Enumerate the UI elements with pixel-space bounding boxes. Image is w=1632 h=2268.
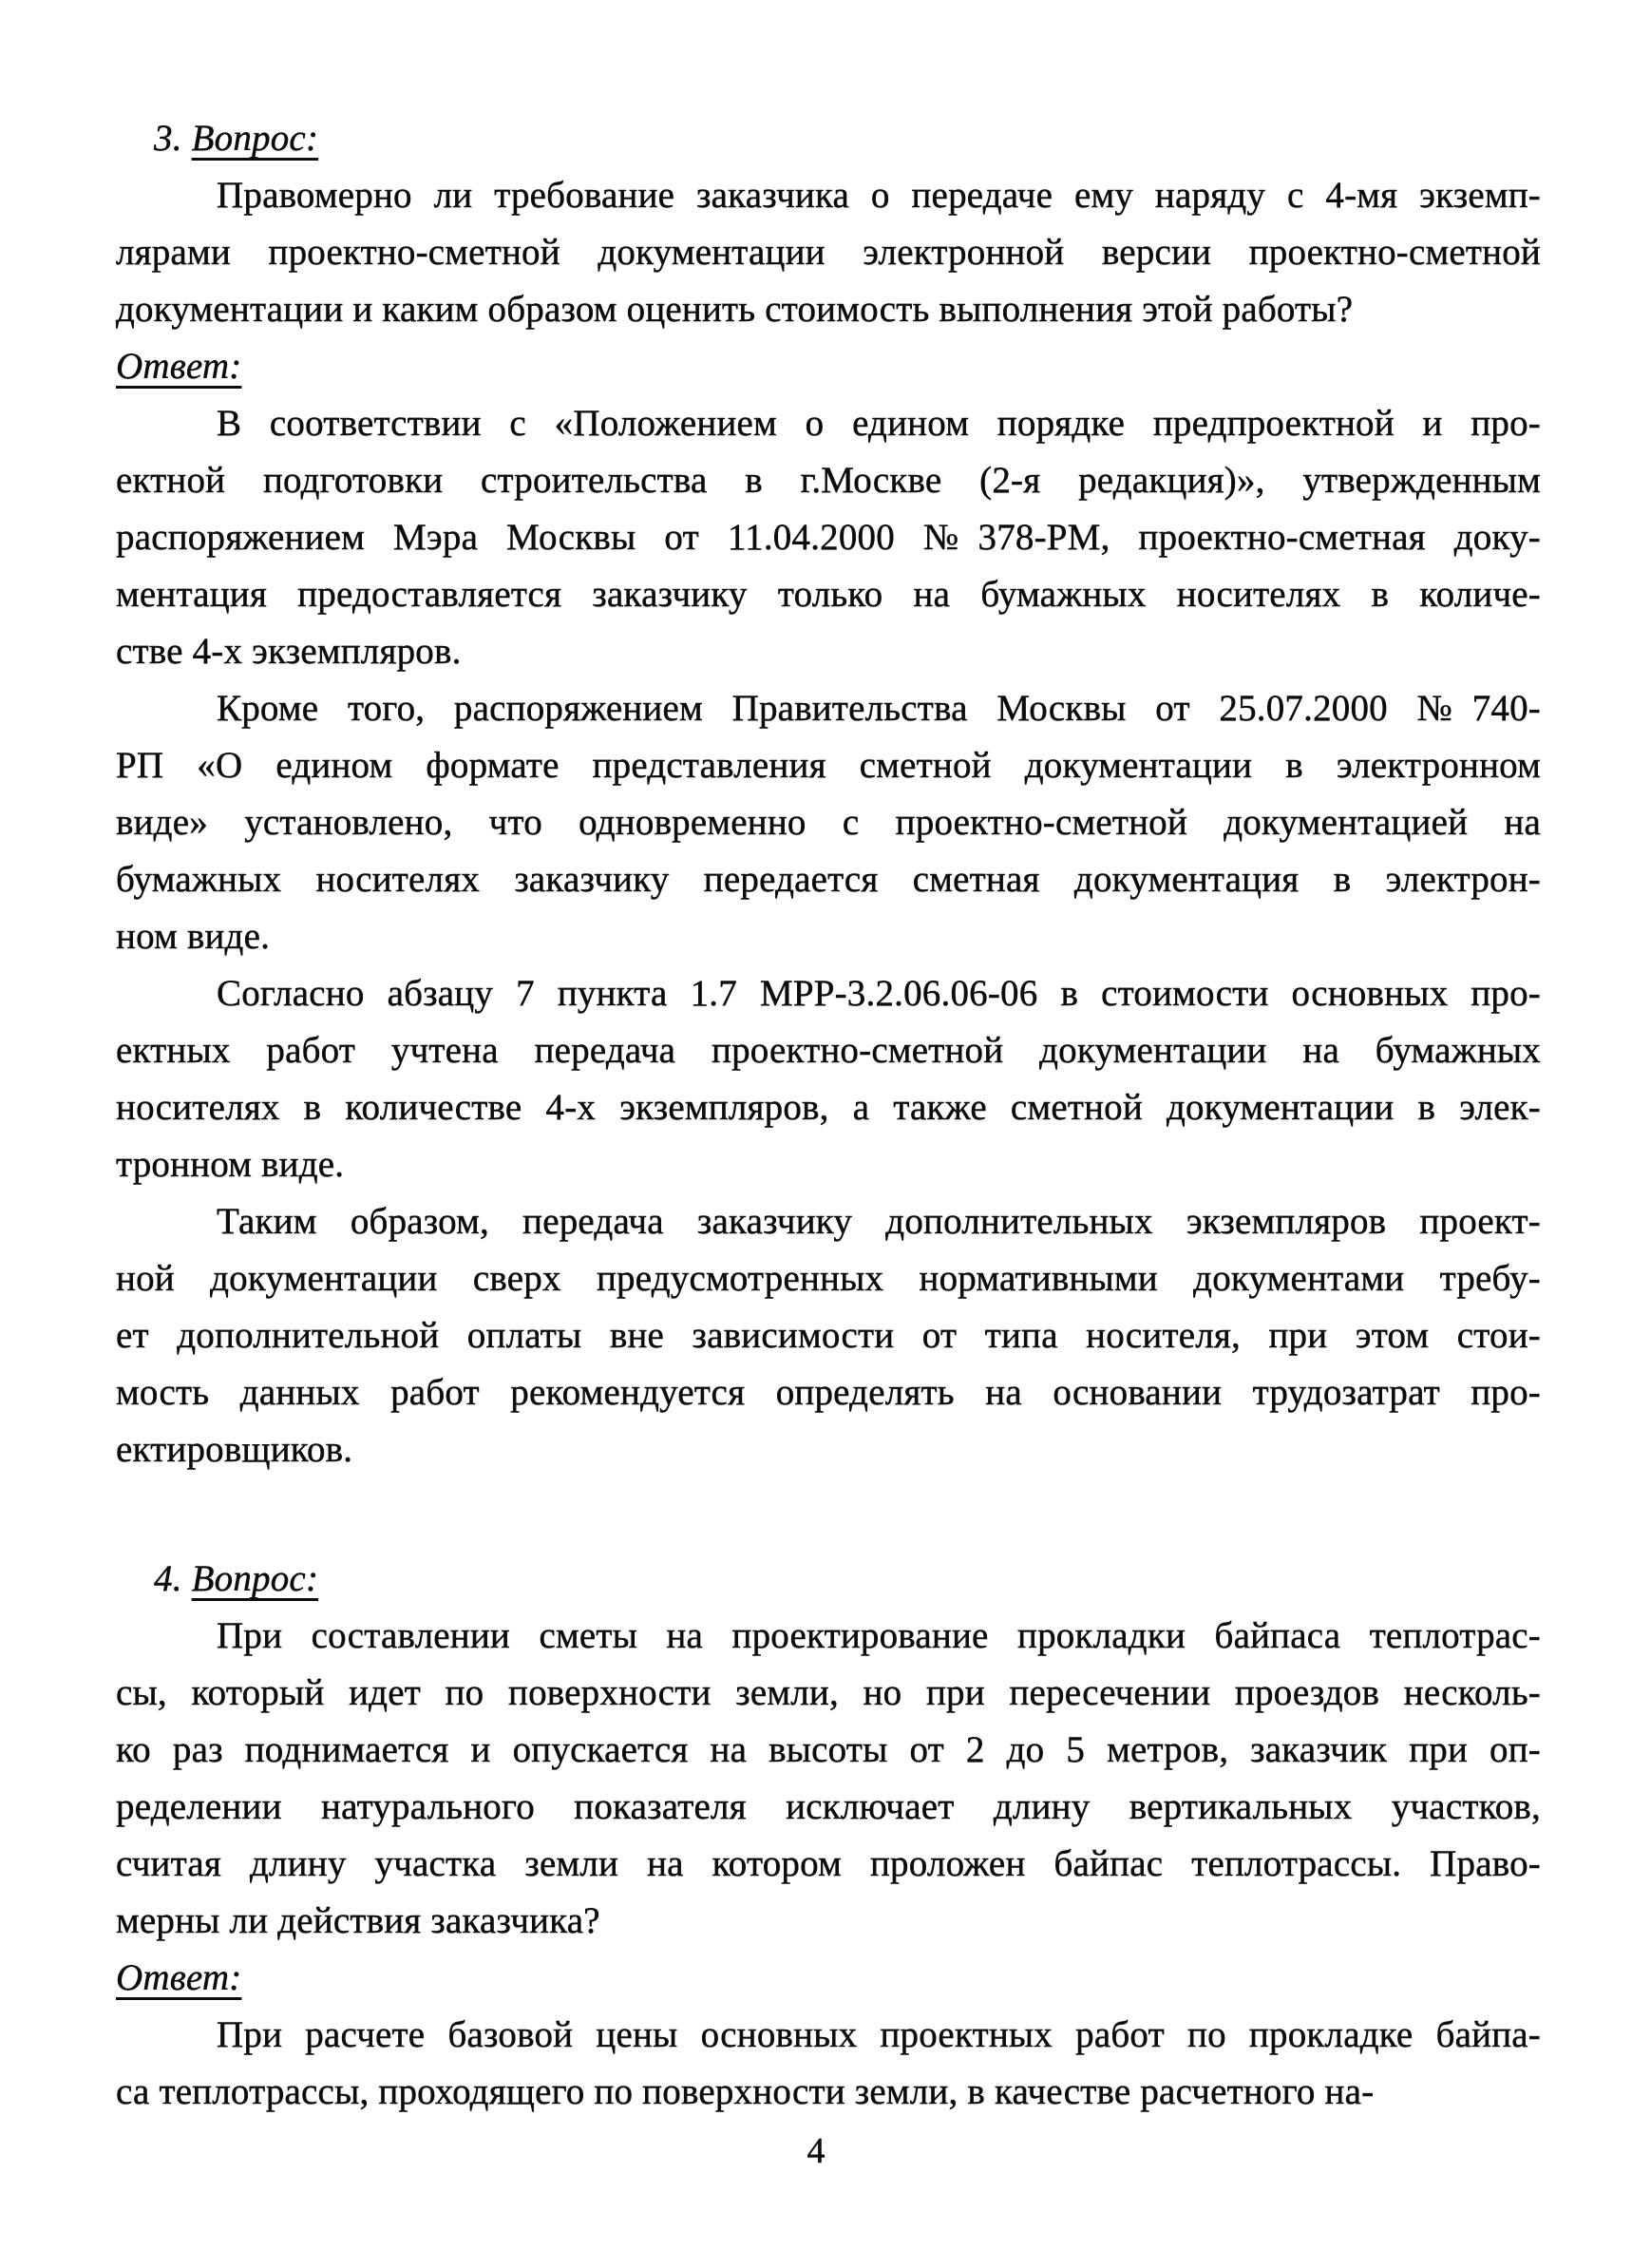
heading-label: Ответ: — [116, 1957, 241, 1998]
text-line: ет дополнительной оплаты вне зависимости… — [116, 1307, 1541, 1364]
text-line: считая длину участка земли на котором пр… — [116, 1836, 1541, 1893]
answer-3-paragraph-1: В соответствии с «Положением о едином по… — [116, 395, 1541, 680]
text-line: сы, который идет по поверхности земли, н… — [116, 1665, 1541, 1722]
text-line: Согласно абзацу 7 пункта 1.7 МРР-3.2.06.… — [116, 965, 1541, 1022]
text-line: мерны ли действия заказчика? — [116, 1893, 1541, 1950]
text-line: Правомерно ли требование заказчика о пер… — [116, 167, 1541, 224]
scanned-document-page: 3. Вопрос:Правомерно ли требование заказ… — [0, 0, 1632, 2268]
question-3-heading: 3. Вопрос: — [116, 110, 1541, 167]
text-line: ментация предоставляется заказчику тольк… — [116, 566, 1541, 623]
text-line: виде» установлено, что одновременно с пр… — [116, 794, 1541, 851]
text-line: ектных работ учтена передача проектно-см… — [116, 1022, 1541, 1079]
question-4-heading: 4. Вопрос: — [116, 1551, 1541, 1608]
text-line: РП «О едином формате представления сметн… — [116, 737, 1541, 794]
text-line: бумажных носителях заказчику передается … — [116, 851, 1541, 908]
text-line: ном виде. — [116, 908, 1541, 965]
text-line: В соответствии с «Положением о едином по… — [116, 395, 1541, 452]
section-gap — [116, 1478, 1541, 1551]
text-line: мость данных работ рекомендуется определ… — [116, 1364, 1541, 1421]
text-line: Кроме того, распоряжением Правительства … — [116, 680, 1541, 737]
answer-3-paragraph-2: Кроме того, распоряжением Правительства … — [116, 680, 1541, 965]
answer-3-heading: Ответ: — [116, 338, 1541, 395]
text-line: распоряжением Мэра Москвы от 11.04.2000 … — [116, 509, 1541, 566]
question-4-text: При составлении сметы на проектирование … — [116, 1608, 1541, 1950]
question-3-text: Правомерно ли требование заказчика о пер… — [116, 167, 1541, 338]
answer-3-paragraph-4: Таким образом, передача заказчику дополн… — [116, 1193, 1541, 1478]
text-line: Таким образом, передача заказчику дополн… — [116, 1193, 1541, 1250]
text-line: ной документации сверх предусмотренных н… — [116, 1250, 1541, 1307]
answer-4-heading: Ответ: — [116, 1950, 1541, 2007]
text-line: документации и каким образом оценить сто… — [116, 281, 1541, 338]
page-number: 4 — [0, 2130, 1632, 2172]
text-line: При расчете базовой цены основных проект… — [116, 2007, 1541, 2064]
text-line: стве 4-х экземпляров. — [116, 623, 1541, 680]
heading-label: Ответ: — [116, 346, 241, 387]
text-column: 3. Вопрос:Правомерно ли требование заказ… — [116, 110, 1541, 2121]
heading-label: Вопрос: — [192, 1558, 319, 1599]
text-line: носителях в количестве 4-х экземпляров, … — [116, 1079, 1541, 1136]
text-line: ектировщиков. — [116, 1421, 1541, 1478]
text-line: лярами проектно-сметной документации эле… — [116, 224, 1541, 281]
answer-3-paragraph-3: Согласно абзацу 7 пункта 1.7 МРР-3.2.06.… — [116, 965, 1541, 1193]
text-line: ко раз поднимается и опускается на высот… — [116, 1722, 1541, 1779]
text-line: При составлении сметы на проектирование … — [116, 1608, 1541, 1665]
heading-number: 3. — [154, 118, 192, 159]
answer-4-paragraph-1: При расчете базовой цены основных проект… — [116, 2007, 1541, 2121]
text-line: са теплотрассы, проходящего по поверхнос… — [116, 2064, 1541, 2121]
heading-label: Вопрос: — [192, 118, 319, 159]
text-line: ектной подготовки строительства в г.Моск… — [116, 452, 1541, 509]
text-line: ределении натурального показателя исключ… — [116, 1779, 1541, 1836]
text-line: тронном виде. — [116, 1136, 1541, 1193]
heading-number: 4. — [154, 1558, 192, 1599]
